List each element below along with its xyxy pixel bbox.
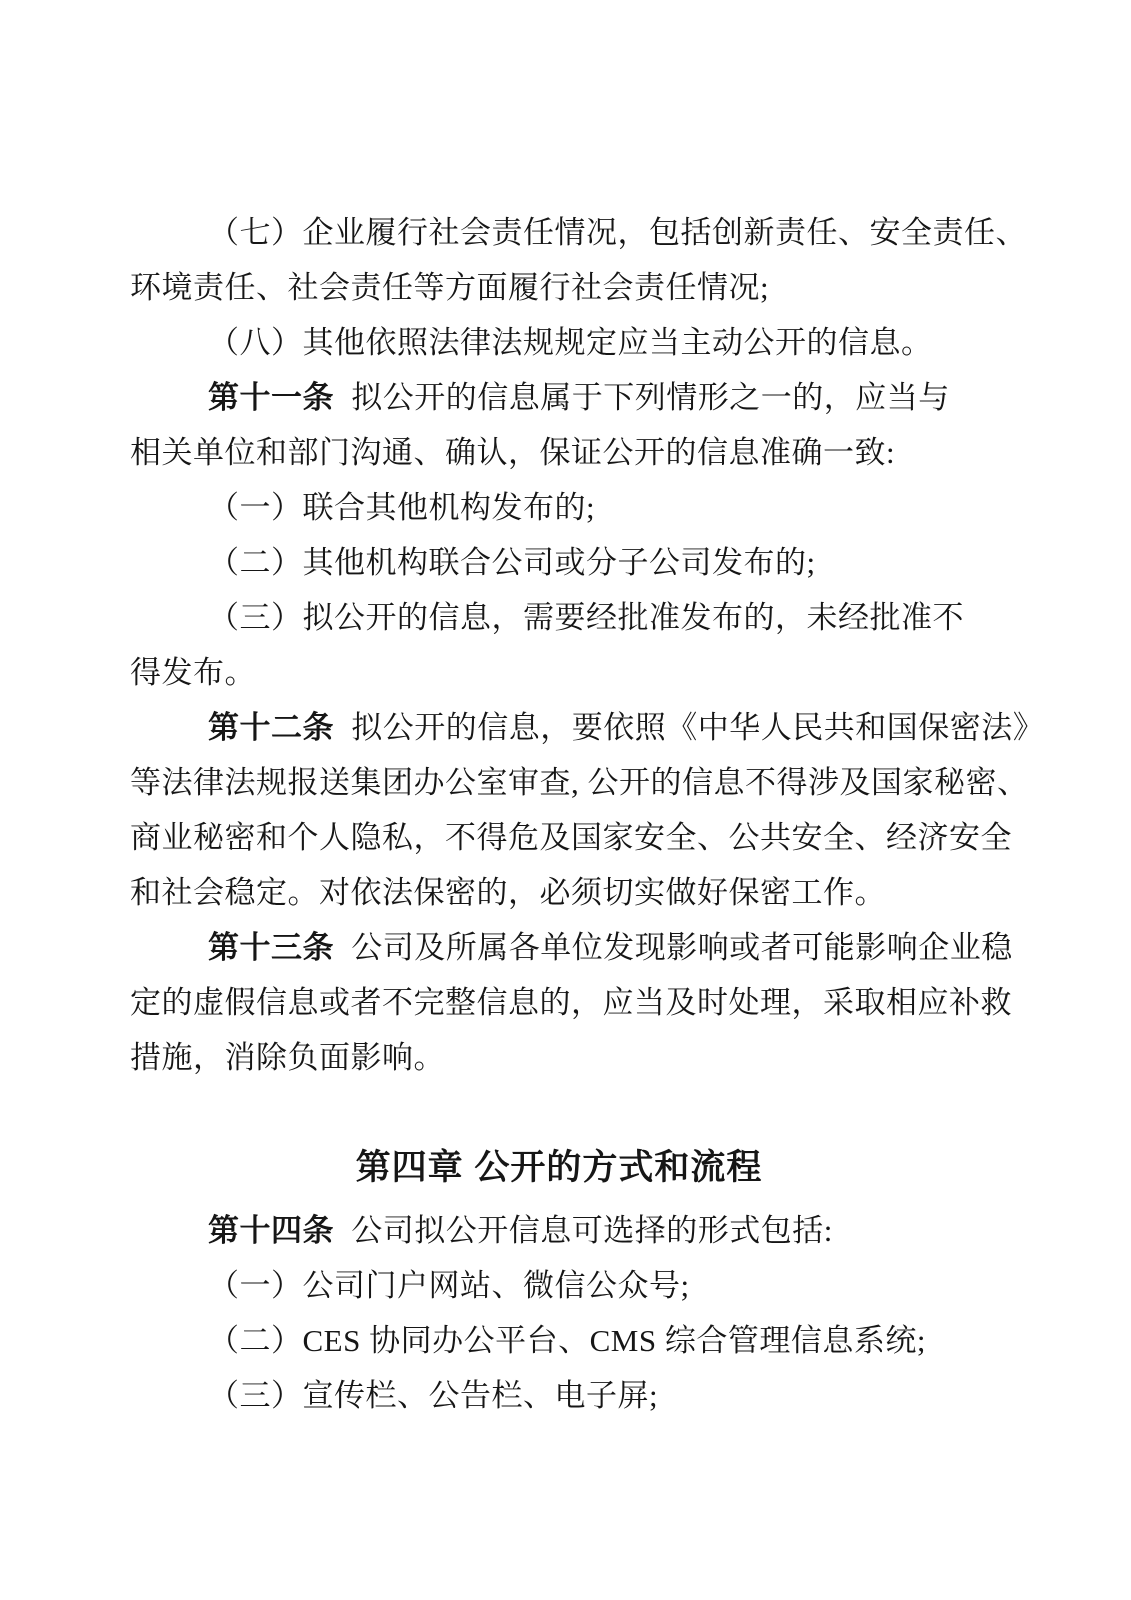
text-line: 措施，消除负面影响。 bbox=[130, 1030, 988, 1085]
article-number: 第十三条 bbox=[208, 930, 334, 965]
line-text: （一）联合其他机构发布的; bbox=[208, 490, 595, 525]
text-line: 商业秘密和个人隐私，不得危及国家安全、公共安全、经济安全 bbox=[130, 810, 988, 865]
line-text: 公司及所属各单位发现影响或者可能影响企业稳 bbox=[343, 930, 1013, 965]
line-text: 拟公开的信息，要依照《中华人民共和国保密法》 bbox=[343, 710, 1044, 745]
blank-line bbox=[130, 1085, 988, 1140]
text-line: （二）CES 协同办公平台、CMS 综合管理信息系统; bbox=[130, 1313, 988, 1368]
article-number: 第十四条 bbox=[208, 1213, 334, 1248]
text-line: 和社会稳定。对依法保密的，必须切实做好保密工作。 bbox=[130, 865, 988, 920]
line-text: （二）其他机构联合公司或分子公司发布的; bbox=[208, 545, 816, 580]
text-line: （三）宣传栏、公告栏、电子屏; bbox=[130, 1368, 988, 1423]
text-line: 第十二条 拟公开的信息，要依照《中华人民共和国保密法》 bbox=[130, 700, 988, 755]
article-number: 第十二条 bbox=[208, 710, 334, 745]
article-number: 第十一条 bbox=[208, 380, 334, 415]
text-line: 等法律法规报送集团办公室审查, 公开的信息不得涉及国家秘密、 bbox=[130, 755, 988, 810]
text-line: 定的虚假信息或者不完整信息的，应当及时处理，采取相应补救 bbox=[130, 975, 988, 1030]
text-line: 第十一条 拟公开的信息属于下列情形之一的，应当与 bbox=[130, 370, 988, 425]
text-line: （二）其他机构联合公司或分子公司发布的; bbox=[130, 535, 988, 590]
text-line: 相关单位和部门沟通、确认，保证公开的信息准确一致: bbox=[130, 425, 988, 480]
text-line: 第十四条 公司拟公开信息可选择的形式包括: bbox=[130, 1203, 988, 1258]
document-page: （七）企业履行社会责任情况，包括创新责任、安全责任、环境责任、社会责任等方面履行… bbox=[0, 0, 1131, 1600]
line-text: （一）公司门户网站、微信公众号; bbox=[208, 1268, 690, 1303]
text-line: 第十三条 公司及所属各单位发现影响或者可能影响企业稳 bbox=[130, 920, 988, 975]
text-line: （七）企业履行社会责任情况，包括创新责任、安全责任、 bbox=[130, 205, 988, 260]
text-line: （一）联合其他机构发布的; bbox=[130, 480, 988, 535]
line-text: 相关单位和部门沟通、确认，保证公开的信息准确一致: bbox=[130, 435, 895, 470]
chapter-heading: 第四章 公开的方式和流程 bbox=[130, 1140, 988, 1195]
document-content: （七）企业履行社会责任情况，包括创新责任、安全责任、环境责任、社会责任等方面履行… bbox=[130, 205, 988, 1423]
line-text: （三）宣传栏、公告栏、电子屏; bbox=[208, 1378, 658, 1413]
line-text: 拟公开的信息属于下列情形之一的，应当与 bbox=[343, 380, 950, 415]
text-line: 得发布。 bbox=[130, 645, 988, 700]
line-text: 定的虚假信息或者不完整信息的，应当及时处理，采取相应补救 bbox=[130, 985, 1012, 1020]
line-text: （七）企业履行社会责任情况，包括创新责任、安全责任、 bbox=[208, 215, 1027, 250]
line-text: 措施，消除负面影响。 bbox=[130, 1040, 445, 1075]
line-text: 商业秘密和个人隐私，不得危及国家安全、公共安全、经济安全 bbox=[130, 820, 1012, 855]
text-line: 环境责任、社会责任等方面履行社会责任情况; bbox=[130, 260, 988, 315]
line-text: 等法律法规报送集团办公室审查, 公开的信息不得涉及国家秘密、 bbox=[130, 765, 1029, 800]
line-text: 公司拟公开信息可选择的形式包括: bbox=[343, 1213, 833, 1248]
line-text: （八）其他依照法律法规规定应当主动公开的信息。 bbox=[208, 325, 933, 360]
line-text: 环境责任、社会责任等方面履行社会责任情况; bbox=[130, 270, 769, 305]
line-text: 和社会稳定。对依法保密的，必须切实做好保密工作。 bbox=[130, 875, 886, 910]
line-text: （二）CES 协同办公平台、CMS 综合管理信息系统; bbox=[208, 1323, 926, 1358]
line-text: 得发布。 bbox=[130, 655, 256, 690]
text-line: （八）其他依照法律法规规定应当主动公开的信息。 bbox=[130, 315, 988, 370]
text-line: （三）拟公开的信息，需要经批准发布的，未经批准不 bbox=[130, 590, 988, 645]
text-line: （一）公司门户网站、微信公众号; bbox=[130, 1258, 988, 1313]
line-text: （三）拟公开的信息，需要经批准发布的，未经批准不 bbox=[208, 600, 964, 635]
